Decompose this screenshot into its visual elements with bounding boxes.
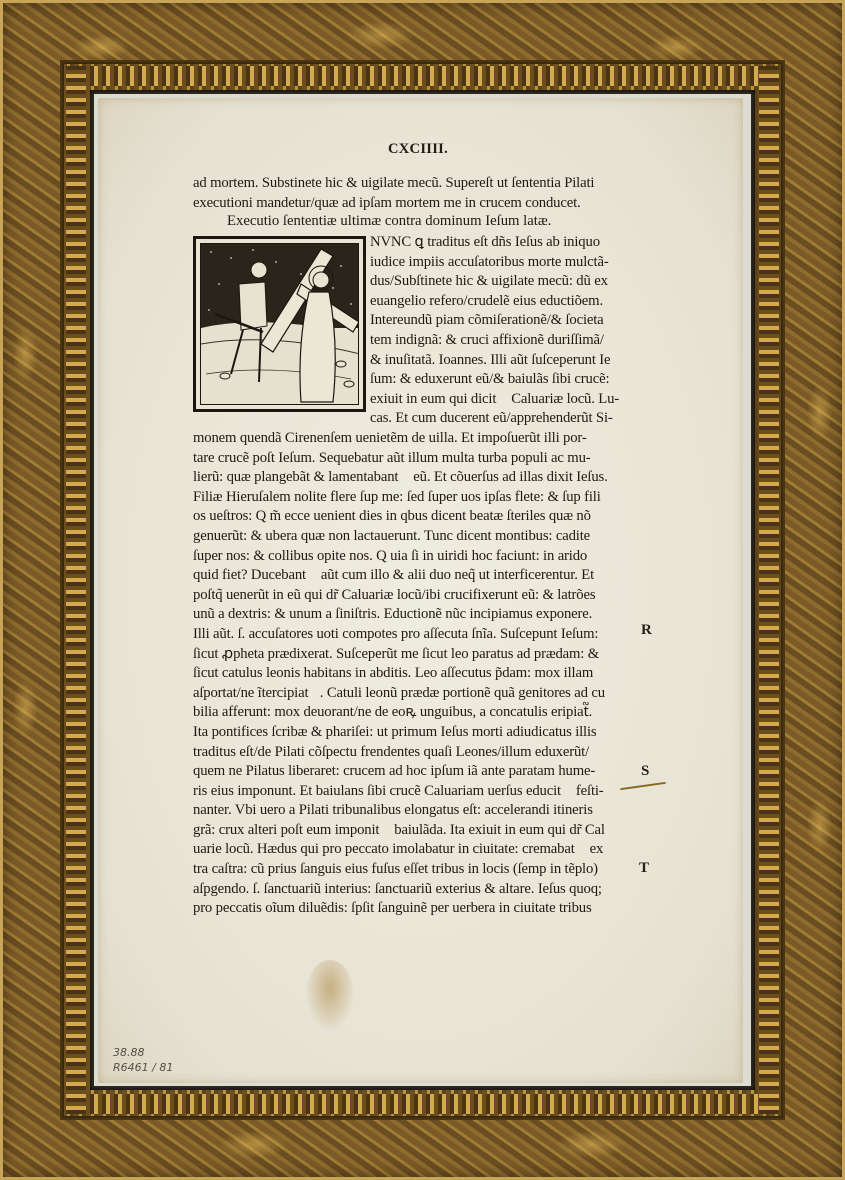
frame-bead-right [759, 66, 779, 1114]
text-line: dus/Subſtinete hic & uigilate mecũ: dũ e… [370, 272, 619, 292]
text-line: ſicut catulus leonis habitans in abditis… [193, 664, 608, 684]
margin-letter-t: T [639, 860, 649, 877]
text-line: tem indignã: & cruci affixionẽ duriſſimã… [370, 331, 619, 351]
main-text-block: monem quendã Cirenenſem uenietẽm de uill… [193, 429, 608, 919]
text-line: uarie locũ. Hædus qui pro peccato imolab… [193, 840, 608, 860]
text-line: pro peccatis oĩum diluẽdis: ſpſit ſangui… [193, 899, 608, 919]
woodcut-image [200, 243, 359, 405]
text-line: aſportat/ne ĩtercipiat᷑. Catuli leonũ pr… [193, 684, 608, 704]
frame-bead-left [66, 66, 86, 1114]
text-line: genuerũt: & ubera quæ non lactauerunt. T… [193, 527, 608, 547]
text-line: NVNC ꝗ traditus eſt dñs Ieſus ab iniquo [370, 233, 619, 253]
text-line: executioni mandetur/quæ ad ipſam mortem … [193, 194, 594, 214]
text-line: exiuit in eum qui dicit᷑ Caluariæ locũ. … [370, 390, 619, 410]
text-line: Ita pontifices ſcribæ & phariſei: ut pri… [193, 723, 608, 743]
text-line: monem quendã Cirenenſem uenietẽm de uill… [193, 429, 608, 449]
text-line: os ueſtros: Q m̃ ecce uenient dies in qb… [193, 507, 608, 527]
text-beside-woodcut: NVNC ꝗ traditus eſt dñs Ieſus ab iniquo … [370, 233, 619, 429]
text-line: ad mortem. Substinete hic & uigilate mec… [193, 174, 594, 194]
frame-bead-bottom [66, 1094, 779, 1114]
margin-letter-r: R [641, 622, 652, 639]
text-line: tare crucẽ poſt Ieſum. Sequebatur aũt il… [193, 449, 608, 469]
top-text-block: ad mortem. Substinete hic & uigilate mec… [193, 174, 594, 213]
text-line: ris eius imponunt. Et baiulans ſibi cruc… [193, 782, 608, 802]
text-line: Illi aũt. ſ. accuſatores uoti compotes p… [193, 625, 608, 645]
text-line: euangelio refero/crudelẽ eius eductiõem. [370, 292, 619, 312]
text-line: unũ a dextris: & unum a ſiniſtris. Educt… [193, 605, 608, 625]
text-line: bilia afferunt: mox deuorant/ne de eoꝶ u… [193, 703, 608, 723]
text-line: lierũ: quæ plangebãt & lamentabant᷑ eũ. … [193, 468, 608, 488]
text-line: cas. Et cum ducerent eũ/apprehenderũt Si… [370, 409, 619, 429]
text-line: poſtq̃ uenerũt in eũ qui dr̃ Caluariæ lo… [193, 586, 608, 606]
text-line: ſum: & eduxerunt eũ/& baiulãs ſibi crucẽ… [370, 370, 619, 390]
text-line: Intereundũ piam cõmiſerationẽ/& ſocieta [370, 311, 619, 331]
pencil-note-accession: 38.88 [113, 1046, 145, 1060]
text-line: quem ne Pilatus liberaret: crucem ad hoc… [193, 762, 608, 782]
woodcut-illustration [193, 236, 366, 412]
pencil-note-reference: R6461 / 81 [113, 1061, 173, 1075]
folio-number: CXCIIII. [388, 141, 448, 158]
text-line: & inuſitatã. Ioannes. Illi aũt ſuſceperu… [370, 351, 619, 371]
text-line: ſicut ꝓpheta prædixerat. Suſceperũt me ſ… [193, 645, 608, 665]
text-line: ſuper nos: & collibus opite nos. Q uia ſ… [193, 547, 608, 567]
section-heading: Executio ſententiæ ultimæ contra dominum… [227, 213, 551, 230]
foxing-stain [306, 960, 354, 1030]
text-line: nanter. Vbi uero a Pilati tribunalibus e… [193, 801, 608, 821]
text-line: Filiæ Hieruſalem nolite flere ſup me: ſe… [193, 488, 608, 508]
text-line: iudice impiis accuſatoribus morte mulctã… [370, 253, 619, 273]
text-line: aſpgendo. ſ. ſanctuariũ interius: ſanctu… [193, 880, 608, 900]
text-line: quid fiet? Ducebant᷑ aũt cum illo & alii… [193, 566, 608, 586]
text-line: traditus eſt/de Pilati cõſpectu frendent… [193, 743, 608, 763]
text-line: grã: crux alteri poſt eum imponit᷑ baiul… [193, 821, 608, 841]
frame-bead-top [66, 66, 779, 86]
text-line: tra caſtra: cũ prius ſanguis eius fuſus … [193, 860, 608, 880]
cross-bearing-scene-icon [201, 244, 359, 405]
margin-letter-s: S [641, 763, 649, 780]
